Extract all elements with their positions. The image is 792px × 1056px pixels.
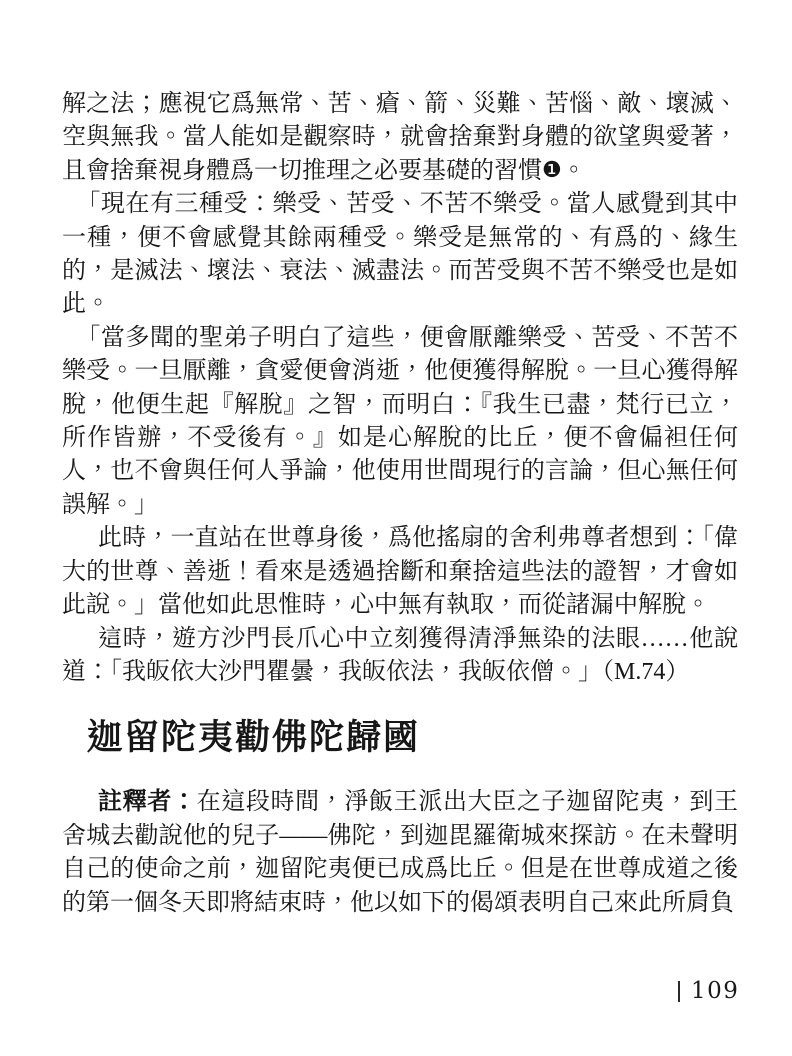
paragraph-quote-three-feelings: 「現在有三種受：樂受、苦受、不苦不樂受。當人感覺到其中一種，便不會感覺其餘兩種受… xyxy=(62,188,738,322)
paragraph-sariputta: 此時，一直站在世尊身後，爲他搖扇的舍利弗尊者想到：「偉大的世尊、善逝！看來是透過… xyxy=(62,522,738,622)
paragraph-text: 解之法；應視它爲無常、苦、瘡、箭、災難、苦惱、敵、壞滅、空與無我。當人能如是觀察… xyxy=(62,91,738,184)
page-number-divider xyxy=(678,981,680,1002)
paragraph-continuation: 解之法；應視它爲無常、苦、瘡、箭、災難、苦惱、敵、壞滅、空與無我。當人能如是觀察… xyxy=(62,88,738,188)
paragraph-dighanakha: 這時，遊方沙門長爪心中立刻獲得清淨無染的法眼……他說道：「我皈依大沙門瞿曇，我皈… xyxy=(62,623,738,690)
paragraph-quote-noble-disciple: 「當多聞的聖弟子明白了這些，便會厭離樂受、苦受、不苦不樂受。一旦厭離，貪愛便會消… xyxy=(62,322,738,522)
commentary-paragraph: 註釋者：在這段時間，淨飯王派出大臣之子迦留陀夷，到王舍城去勸說他的兒子——佛陀，… xyxy=(62,786,738,920)
section-heading: 迦留陀夷勸佛陀歸國 xyxy=(62,714,738,762)
commentary-label: 註釋者： xyxy=(98,789,197,815)
page-number-value: 109 xyxy=(691,978,739,1004)
body-text-block: 解之法；應視它爲無常、苦、瘡、箭、災難、苦惱、敵、壞滅、空與無我。當人能如是觀察… xyxy=(62,88,738,920)
footnote-marker-icon: ❶ xyxy=(542,158,562,183)
paragraph-text-suffix: 。 xyxy=(562,158,586,184)
book-page: 解之法；應視它爲無常、苦、瘡、箭、災難、苦惱、敵、壞滅、空與無我。當人能如是觀察… xyxy=(0,0,792,1056)
page-number: 109 xyxy=(678,978,739,1004)
